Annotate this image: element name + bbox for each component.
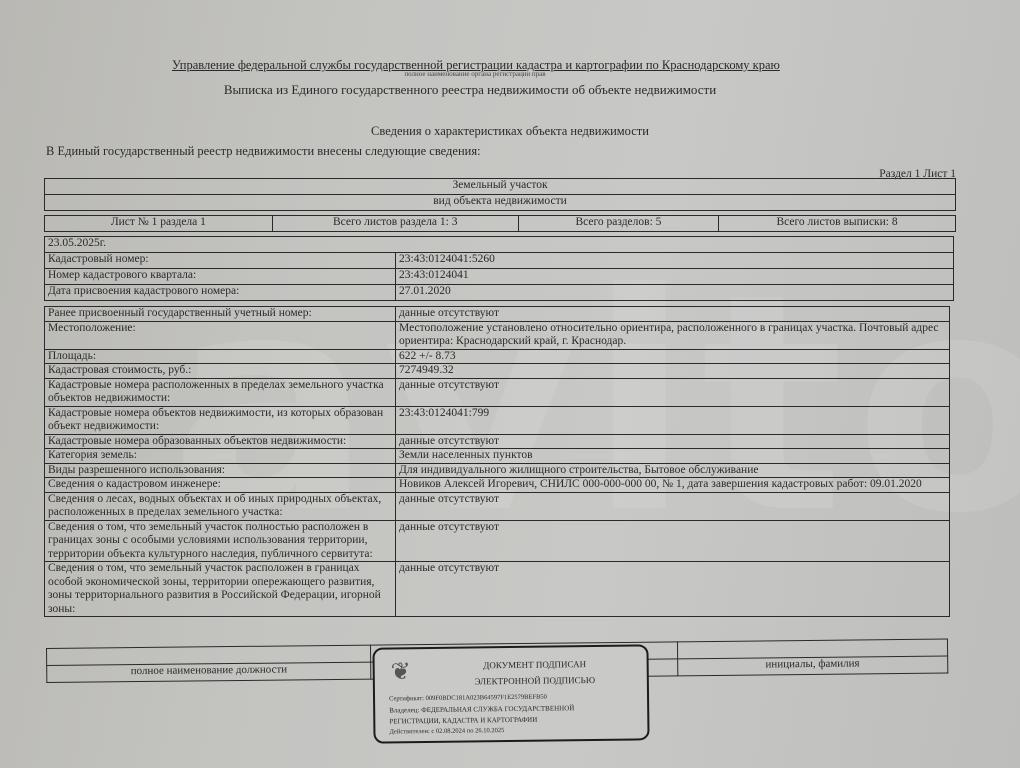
row-value: Новиков Алексей Игоревич, СНИЛС 000-000-…: [396, 478, 950, 493]
object-type-table: Земельный участок вид объекта недвижимос…: [44, 178, 956, 211]
table-row: Номер кадастрового квартала: 23:43:01240…: [45, 269, 954, 285]
row-label: Виды разрешенного использования:: [45, 463, 396, 478]
row-value: данные отсутствуют: [396, 378, 950, 406]
table-row: Ранее присвоенный государственный учетны…: [45, 307, 950, 322]
table-row: Сведения о том, что земельный участок ра…: [45, 562, 950, 617]
document-title: Выписка из Единого государственного реес…: [200, 82, 740, 98]
table-row: Кадастровые номера образованных объектов…: [45, 434, 950, 449]
intro-text: В Единый государственный реестр недвижим…: [46, 144, 481, 159]
primary-table: 23.05.2025г. Кадастровый номер: 23:43:01…: [44, 236, 954, 301]
row-label: Сведения о лесах, водных объектах и об и…: [45, 492, 396, 520]
row-label: Категория земель:: [45, 449, 396, 464]
sheet-number: Лист № 1 раздела 1: [45, 216, 273, 232]
row-value: 27.01.2020: [396, 285, 954, 301]
row-value: 622 +/- 8.73: [396, 349, 950, 364]
table-row: Кадастровые номера объектов недвижимости…: [45, 406, 950, 434]
table-row: Кадастровые номера расположенных в преде…: [45, 378, 950, 406]
stamp-certificate: Сертификат: 009F0BDC181A023B64597F1E2579…: [389, 694, 547, 703]
stamp-title: ДОКУМЕНТ ПОДПИСАН: [435, 658, 635, 670]
stamp-validity: Действителен: с 02.08.2024 по 26.10.2025: [389, 727, 504, 735]
row-value: 23:43:0124041: [396, 269, 954, 285]
extract-date: 23.05.2025г.: [45, 237, 954, 253]
row-label: Площадь:: [45, 349, 396, 364]
electronic-signature-stamp: ❦ ДОКУМЕНТ ПОДПИСАН ЭЛЕКТРОННОЙ ПОДПИСЬЮ…: [372, 644, 649, 743]
row-value: данные отсутствуют: [396, 520, 950, 562]
coat-of-arms-icon: ❦: [389, 655, 413, 689]
row-value: данные отсутствуют: [396, 562, 950, 617]
row-value: 23:43:0124041:799: [396, 406, 950, 434]
section-title: Сведения о характеристиках объекта недви…: [340, 124, 680, 139]
row-label: Сведения о том, что земельный участок по…: [45, 520, 396, 562]
table-row: Сведения о кадастровом инженере:Новиков …: [45, 478, 950, 493]
row-label: Номер кадастрового квартала:: [45, 269, 396, 285]
object-type: Земельный участок: [45, 179, 956, 195]
row-label: Сведения о том, что земельный участок ра…: [45, 562, 396, 617]
row-value: данные отсутствуют: [396, 307, 950, 322]
row-label: Дата присвоения кадастрового номера:: [45, 285, 396, 301]
table-row: Виды разрешенного использования:Для инди…: [45, 463, 950, 478]
row-label: Сведения о кадастровом инженере:: [45, 478, 396, 493]
stamp-subtitle: ЭЛЕКТРОННОЙ ПОДПИСЬЮ: [435, 674, 635, 686]
row-label: Кадастровая стоимость, руб.:: [45, 364, 396, 379]
row-value: данные отсутствуют: [396, 492, 950, 520]
total-sections: Всего разделов: 5: [518, 216, 718, 232]
row-label: Ранее присвоенный государственный учетны…: [45, 307, 396, 322]
organization-caption: полное наименование органа регистрации п…: [380, 70, 570, 78]
row-label: Кадастровые номера объектов недвижимости…: [45, 406, 396, 434]
table-row: Дата присвоения кадастрового номера: 27.…: [45, 285, 954, 301]
total-sheets-extract: Всего листов выписки: 8: [719, 216, 956, 232]
table-row: Площадь:622 +/- 8.73: [45, 349, 950, 364]
row-value: 7274949.32: [396, 364, 950, 379]
table-row: Кадастровая стоимость, руб.:7274949.32: [45, 364, 950, 379]
row-label: Кадастровые номера расположенных в преде…: [45, 378, 396, 406]
position-caption: полное наименование должности: [47, 662, 372, 682]
details-table: Ранее присвоенный государственный учетны…: [44, 306, 950, 617]
row-value: 23:43:0124041:5260: [396, 253, 954, 269]
stamp-owner-line1: Владелец: ФЕДЕРАЛЬНАЯ СЛУЖБА ГОСУДАРСТВЕ…: [389, 704, 574, 714]
extract-page: avito Управление федеральной службы госу…: [0, 0, 1020, 768]
stamp-owner-line2: РЕГИСТРАЦИИ, КАДАСТРА И КАРТОГРАФИИ: [389, 716, 537, 726]
row-label: Местоположение:: [45, 321, 396, 349]
row-value: Местоположение установлено относительно …: [396, 321, 950, 349]
name-caption: инициалы, фамилия: [677, 656, 947, 676]
sheets-table: Лист № 1 раздела 1 Всего листов раздела …: [44, 215, 956, 232]
row-label: Кадастровый номер:: [45, 253, 396, 269]
table-row: Местоположение:Местоположение установлен…: [45, 321, 950, 349]
table-row: Сведения о лесах, водных объектах и об и…: [45, 492, 950, 520]
table-row: Кадастровый номер: 23:43:0124041:5260: [45, 253, 954, 269]
total-sheets-section: Всего листов раздела 1: 3: [272, 216, 518, 232]
object-type-caption: вид объекта недвижимости: [45, 195, 956, 211]
row-label: Кадастровые номера образованных объектов…: [45, 434, 396, 449]
row-value: данные отсутствуют: [396, 434, 950, 449]
table-row: Сведения о том, что земельный участок по…: [45, 520, 950, 562]
table-row: Категория земель:Земли населенных пункто…: [45, 449, 950, 464]
row-value: Для индивидуального жилищного строительс…: [396, 463, 950, 478]
row-value: Земли населенных пунктов: [396, 449, 950, 464]
